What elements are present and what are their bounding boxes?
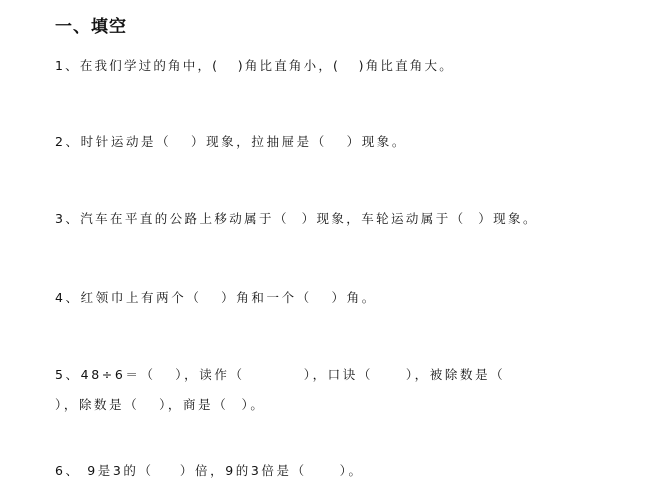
question-2: 2、时针运动是（ ）现象，拉抽屉是（ ）现象。 [55,132,407,150]
question-5-line-1: 5、48÷6＝（ ），读作（ ），口诀（ ），被除数是（ [55,365,505,383]
question-4: 4、红领巾上有两个（ ）角和一个（ ）角。 [55,288,377,306]
question-1: 1、在我们学过的角中，( )角比直角小，( )角比直角大。 [55,56,454,74]
question-3: 3、汽车在平直的公路上移动属于（ ）现象，车轮运动属于（ ）现象。 [55,209,538,227]
section-title: 一、填空 [55,12,127,37]
question-6: 6、 9是3的（ ）倍，9的3倍是（ ）。 [55,461,364,479]
question-5-line-2: ），除数是（ ），商是（ ）。 [55,395,265,413]
